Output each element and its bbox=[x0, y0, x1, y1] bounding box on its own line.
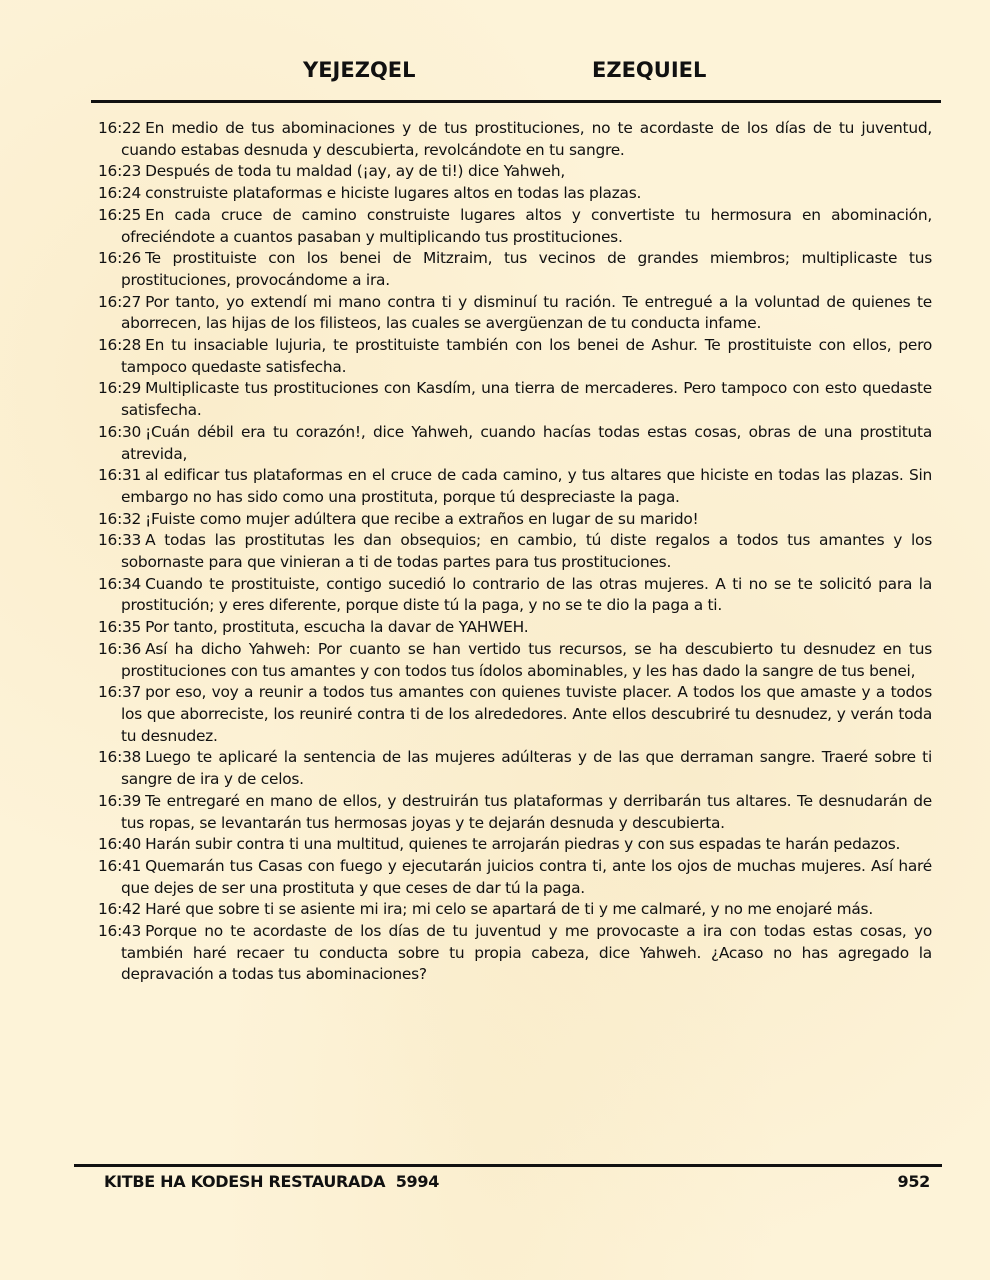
verse-text: Te entregaré en mano de ellos, y destrui… bbox=[121, 792, 932, 832]
verse-text: Después de toda tu maldad (¡ay, ay de ti… bbox=[145, 162, 565, 180]
verse-ref: 16:33 bbox=[98, 531, 141, 549]
verse-text: Porque no te acordaste de los días de tu… bbox=[121, 922, 932, 983]
verse-ref: 16:42 bbox=[98, 900, 141, 918]
verse-ref: 16:31 bbox=[98, 466, 141, 484]
verse-text: Harán subir contra ti una multitud, quie… bbox=[145, 835, 900, 853]
verse-ref: 16:24 bbox=[98, 184, 141, 202]
book-title-spanish: EZEQUIEL bbox=[592, 58, 706, 82]
verse-16-33: 16:33A todas las prostitutas les dan obs… bbox=[98, 530, 932, 573]
verse-ref: 16:39 bbox=[98, 792, 141, 810]
verse-ref: 16:27 bbox=[98, 293, 141, 311]
footer-divider bbox=[74, 1164, 942, 1167]
verse-text: Por tanto, prostituta, escucha la davar … bbox=[145, 618, 528, 636]
verse-ref: 16:40 bbox=[98, 835, 141, 853]
verse-text: construiste plataformas e hiciste lugare… bbox=[145, 184, 641, 202]
verse-ref: 16:22 bbox=[98, 119, 141, 137]
verse-16-37: 16:37por eso, voy a reunir a todos tus a… bbox=[98, 682, 932, 747]
verse-text: En medio de tus abominaciones y de tus p… bbox=[121, 119, 932, 159]
verse-ref: 16:30 bbox=[98, 423, 141, 441]
verse-ref: 16:32 bbox=[98, 510, 141, 528]
verse-ref: 16:36 bbox=[98, 640, 141, 658]
verse-16-28: 16:28En tu insaciable lujuria, te prosti… bbox=[98, 335, 932, 378]
verse-16-35: 16:35Por tanto, prostituta, escucha la d… bbox=[98, 617, 932, 639]
verse-text: En tu insaciable lujuria, te prostituist… bbox=[121, 336, 932, 376]
verse-16-41: 16:41Quemarán tus Casas con fuego y ejec… bbox=[98, 856, 932, 899]
verse-ref: 16:37 bbox=[98, 683, 141, 701]
verse-16-36: 16:36Así ha dicho Yahweh: Por cuanto se … bbox=[98, 639, 932, 682]
verse-16-39: 16:39Te entregaré en mano de ellos, y de… bbox=[98, 791, 932, 834]
verse-text: al edificar tus plataformas en el cruce … bbox=[121, 466, 932, 506]
verse-16-38: 16:38Luego te aplicaré la sentencia de l… bbox=[98, 747, 932, 790]
verse-16-40: 16:40Harán subir contra ti una multitud,… bbox=[98, 834, 932, 856]
verse-text: Por tanto, yo extendí mi mano contra ti … bbox=[121, 293, 932, 333]
verse-16-29: 16:29Multiplicaste tus prostituciones co… bbox=[98, 378, 932, 421]
footer-book-title: KITBE HA KODESH RESTAURADA 5994 bbox=[104, 1172, 439, 1191]
verse-16-24: 16:24construiste plataformas e hiciste l… bbox=[98, 183, 932, 205]
verse-text: Luego te aplicaré la sentencia de las mu… bbox=[121, 748, 932, 788]
verse-16-25: 16:25En cada cruce de camino construiste… bbox=[98, 205, 932, 248]
verse-16-22: 16:22En medio de tus abominaciones y de … bbox=[98, 118, 932, 161]
verse-text: A todas las prostitutas les dan obsequio… bbox=[121, 531, 932, 571]
verse-16-30: 16:30¡Cuán débil era tu corazón!, dice Y… bbox=[98, 422, 932, 465]
verse-text: Cuando te prostituiste, contigo sucedió … bbox=[121, 575, 932, 615]
verse-ref: 16:28 bbox=[98, 336, 141, 354]
verse-16-27: 16:27Por tanto, yo extendí mi mano contr… bbox=[98, 292, 932, 335]
page-header: YEJEZQEL EZEQUIEL bbox=[0, 58, 990, 90]
header-divider bbox=[91, 100, 941, 103]
verse-ref: 16:38 bbox=[98, 748, 141, 766]
verse-text: En cada cruce de camino construiste luga… bbox=[121, 206, 932, 246]
verse-ref: 16:35 bbox=[98, 618, 141, 636]
verse-16-23: 16:23Después de toda tu maldad (¡ay, ay … bbox=[98, 161, 932, 183]
verse-ref: 16:43 bbox=[98, 922, 141, 940]
verse-text: Haré que sobre ti se asiente mi ira; mi … bbox=[145, 900, 873, 918]
verse-text: Multiplicaste tus prostituciones con Kas… bbox=[121, 379, 932, 419]
verse-16-34: 16:34Cuando te prostituiste, contigo suc… bbox=[98, 574, 932, 617]
verse-text: ¡Fuiste como mujer adúltera que recibe a… bbox=[145, 510, 698, 528]
verse-text: Así ha dicho Yahweh: Por cuanto se han v… bbox=[121, 640, 932, 680]
verse-ref: 16:25 bbox=[98, 206, 141, 224]
verse-16-32: 16:32¡Fuiste como mujer adúltera que rec… bbox=[98, 509, 932, 531]
verse-ref: 16:23 bbox=[98, 162, 141, 180]
verse-text: Quemarán tus Casas con fuego y ejecutará… bbox=[121, 857, 932, 897]
verse-16-26: 16:26Te prostituiste con los benei de Mi… bbox=[98, 248, 932, 291]
verse-16-31: 16:31al edificar tus plataformas en el c… bbox=[98, 465, 932, 508]
verse-list: 16:22En medio de tus abominaciones y de … bbox=[98, 118, 932, 986]
verse-text: por eso, voy a reunir a todos tus amante… bbox=[121, 683, 932, 744]
page-number: 952 bbox=[898, 1172, 931, 1191]
verse-text: Te prostituiste con los benei de Mitzrai… bbox=[121, 249, 932, 289]
verse-ref: 16:41 bbox=[98, 857, 141, 875]
verse-ref: 16:34 bbox=[98, 575, 141, 593]
verse-16-42: 16:42Haré que sobre ti se asiente mi ira… bbox=[98, 899, 932, 921]
book-title-hebrew: YEJEZQEL bbox=[303, 58, 416, 82]
verse-ref: 16:26 bbox=[98, 249, 141, 267]
verse-ref: 16:29 bbox=[98, 379, 141, 397]
verse-text: ¡Cuán débil era tu corazón!, dice Yahweh… bbox=[121, 423, 932, 463]
verse-16-43: 16:43Porque no te acordaste de los días … bbox=[98, 921, 932, 986]
